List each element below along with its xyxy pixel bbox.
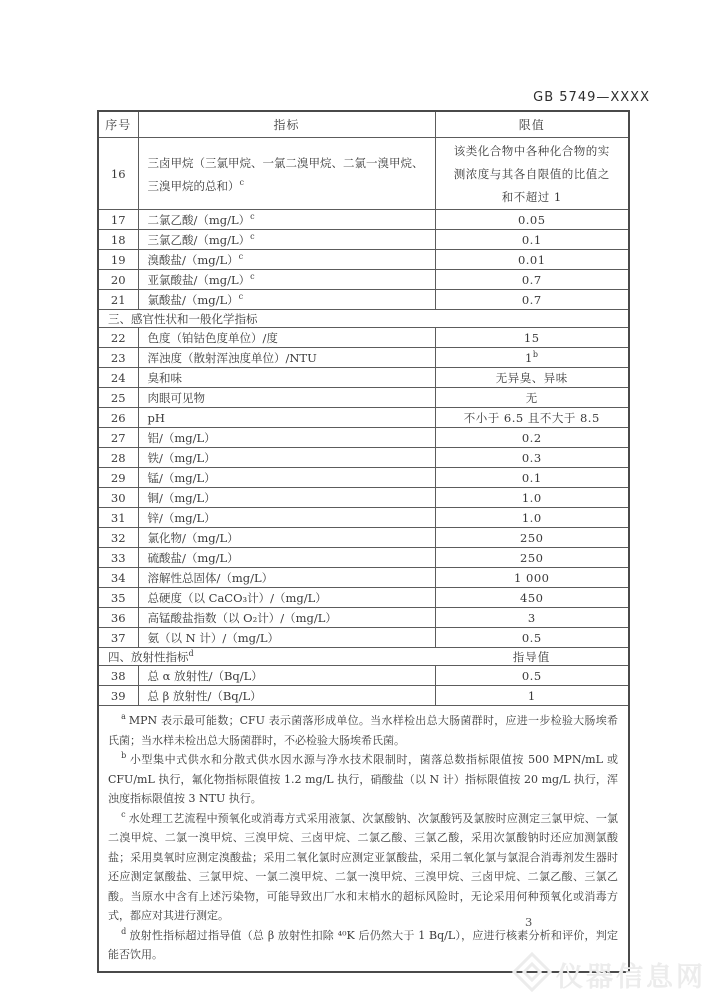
row-limit: 0.1 [435,468,629,488]
row-limit: 无异臭、异味 [435,368,629,388]
row-limit: 该类化合物中各种化合物的实测浓度与其各自限值的比值之和不超过 1 [435,138,629,210]
row-limit: 0.5 [435,628,629,648]
row-indicator: 三氯乙酸/（mg/L）c [138,230,435,250]
row-number: 20 [98,270,138,290]
table-row: 39 总 β 放射性/（Bq/L） 1 [98,686,629,706]
row-number: 19 [98,250,138,270]
row-limit: 0.7 [435,290,629,310]
row-number: 27 [98,428,138,448]
table-row: 28 铁/（mg/L） 0.3 [98,448,629,468]
row-indicator: 总硬度（以 CaCO₃计）/（mg/L） [138,588,435,608]
row-indicator: 锌/（mg/L） [138,508,435,528]
water-quality-table: 序号 指标 限值 16 三卤甲烷（三氯甲烷、一氯二溴甲烷、二氯一溴甲烷、三溴甲烷… [97,110,630,973]
table-row: 31 锌/（mg/L） 1.0 [98,508,629,528]
row-limit: 250 [435,548,629,568]
row-number: 39 [98,686,138,706]
section-label: 三、感官性状和一般化学指标 [98,310,629,328]
table-row: 17 二氯乙酸/（mg/L）c 0.05 [98,210,629,230]
row-limit: 3 [435,608,629,628]
table-row: 23 浑浊度（散射浑浊度单位）/NTU 1b [98,348,629,368]
row-limit: 无 [435,388,629,408]
table-row: 32 氯化物/（mg/L） 250 [98,528,629,548]
row-indicator: 三卤甲烷（三氯甲烷、一氯二溴甲烷、二氯一溴甲烷、三溴甲烷的总和）c [138,138,435,210]
row-limit: 0.5 [435,666,629,686]
row-number: 35 [98,588,138,608]
row-indicator: pH [138,408,435,428]
row-number: 30 [98,488,138,508]
row-indicator: 氨（以 N 计）/（mg/L） [138,628,435,648]
table-row: 34 溶解性总固体/（mg/L） 1 000 [98,568,629,588]
row-number: 25 [98,388,138,408]
section-label: 四、放射性指标d 指导值 [98,648,629,666]
row-limit: 0.05 [435,210,629,230]
footnote-d: d放射性指标超过指导值（总 β 放射性扣除 ⁴⁰K 后仍然大于 1 Bq/L），… [108,926,618,965]
row-number: 21 [98,290,138,310]
row-number: 31 [98,508,138,528]
row-number: 17 [98,210,138,230]
column-header-limit: 限值 [435,111,629,138]
footnotes-row: aMPN 表示最可能数；CFU 表示菌落形成单位。当水样检出总大肠菌群时，应进一… [98,706,629,972]
table-row: 30 铜/（mg/L） 1.0 [98,488,629,508]
row-number: 18 [98,230,138,250]
row-limit: 1b [435,348,629,368]
table-row: 18 三氯乙酸/（mg/L）c 0.1 [98,230,629,250]
row-indicator: 硫酸盐/（mg/L） [138,548,435,568]
footnote-a: aMPN 表示最可能数；CFU 表示菌落形成单位。当水样检出总大肠菌群时，应进一… [108,711,618,750]
table-row: 37 氨（以 N 计）/（mg/L） 0.5 [98,628,629,648]
row-number: 38 [98,666,138,686]
row-number: 26 [98,408,138,428]
row-indicator: 氯化物/（mg/L） [138,528,435,548]
row-limit: 1.0 [435,488,629,508]
row-limit: 0.01 [435,250,629,270]
row-indicator: 浑浊度（散射浑浊度单位）/NTU [138,348,435,368]
row-indicator: 总 α 放射性/（Bq/L） [138,666,435,686]
row-number: 29 [98,468,138,488]
row-number: 34 [98,568,138,588]
row-number: 36 [98,608,138,628]
row-indicator: 色度（铂钴色度单位）/度 [138,328,435,348]
table-row: 26 pH 不小于 6.5 且不大于 8.5 [98,408,629,428]
table-row: 35 总硬度（以 CaCO₃计）/（mg/L） 450 [98,588,629,608]
row-limit: 250 [435,528,629,548]
table-row: 16 三卤甲烷（三氯甲烷、一氯二溴甲烷、二氯一溴甲烷、三溴甲烷的总和）c 该类化… [98,138,629,210]
row-indicator: 氯酸盐/（mg/L）c [138,290,435,310]
table-row: 36 高锰酸盐指数（以 O₂计）/（mg/L） 3 [98,608,629,628]
table-row: 21 氯酸盐/（mg/L）c 0.7 [98,290,629,310]
table-row: 25 肉眼可见物 无 [98,388,629,408]
row-indicator: 锰/（mg/L） [138,468,435,488]
row-indicator: 高锰酸盐指数（以 O₂计）/（mg/L） [138,608,435,628]
row-limit: 0.1 [435,230,629,250]
row-indicator: 肉眼可见物 [138,388,435,408]
table-header-row: 序号 指标 限值 [98,111,629,138]
standard-code: GB 5749—XXXX [533,90,650,105]
row-indicator: 铝/（mg/L） [138,428,435,448]
row-number: 23 [98,348,138,368]
row-limit: 0.3 [435,448,629,468]
footnote-b: b小型集中式供水和分散式供水因水源与净水技术限制时，菌落总数指标限值按 500 … [108,750,618,809]
row-limit: 15 [435,328,629,348]
row-limit: 450 [435,588,629,608]
row-limit: 0.7 [435,270,629,290]
table-row: 22 色度（铂钴色度单位）/度 15 [98,328,629,348]
footnote-c: c水处理工艺流程中预氧化或消毒方式采用液氯、次氯酸钠、次氯酸钙及氯胺时应测定三氯… [108,809,618,926]
section-limit-header: 指导值 [435,650,628,664]
row-indicator: 溶解性总固体/（mg/L） [138,568,435,588]
table-row: 24 臭和味 无异臭、异味 [98,368,629,388]
row-indicator: 亚氯酸盐/（mg/L）c [138,270,435,290]
row-indicator: 铁/（mg/L） [138,448,435,468]
row-indicator: 铜/（mg/L） [138,488,435,508]
row-number: 28 [98,448,138,468]
row-limit: 不小于 6.5 且不大于 8.5 [435,408,629,428]
table-row: 27 铝/（mg/L） 0.2 [98,428,629,448]
table-row: 20 亚氯酸盐/（mg/L）c 0.7 [98,270,629,290]
row-number: 24 [98,368,138,388]
table-row: 38 总 α 放射性/（Bq/L） 0.5 [98,666,629,686]
column-header-indicator: 指标 [138,111,435,138]
row-indicator: 溴酸盐/（mg/L）c [138,250,435,270]
row-number: 32 [98,528,138,548]
row-limit: 1 000 [435,568,629,588]
row-limit: 0.2 [435,428,629,448]
table-row: 33 硫酸盐/（mg/L） 250 [98,548,629,568]
row-limit: 1 [435,686,629,706]
row-number: 37 [98,628,138,648]
page-number: 3 [525,915,532,929]
row-number: 16 [98,138,138,210]
row-number: 33 [98,548,138,568]
footnotes-block: aMPN 表示最可能数；CFU 表示菌落形成单位。当水样检出总大肠菌群时，应进一… [98,706,629,972]
row-indicator: 二氯乙酸/（mg/L）c [138,210,435,230]
row-limit: 1.0 [435,508,629,528]
section-row-radioactivity: 四、放射性指标d 指导值 [98,648,629,666]
table-row: 29 锰/（mg/L） 0.1 [98,468,629,488]
table-row: 19 溴酸盐/（mg/L）c 0.01 [98,250,629,270]
column-header-no: 序号 [98,111,138,138]
section-row-sensory: 三、感官性状和一般化学指标 [98,310,629,328]
row-indicator: 臭和味 [138,368,435,388]
row-indicator: 总 β 放射性/（Bq/L） [138,686,435,706]
row-number: 22 [98,328,138,348]
